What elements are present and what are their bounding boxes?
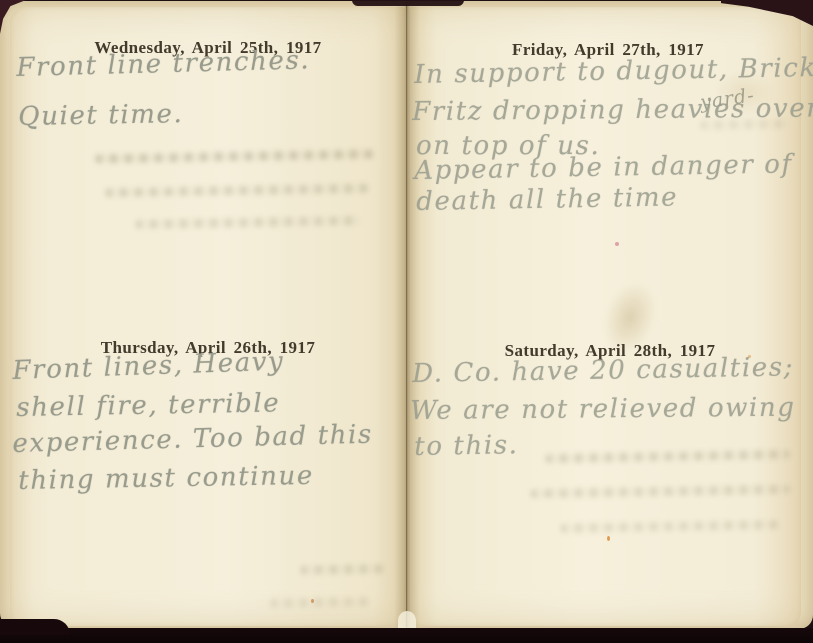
- handwriting-line: to this.: [414, 430, 519, 462]
- diary-scan: Wednesday, April 25th, 1917 Front line t…: [0, 0, 813, 643]
- ghost-writing-marks: [700, 119, 790, 130]
- stain-speck: [311, 599, 314, 603]
- handwriting-line: Quiet time.: [18, 99, 184, 132]
- handwriting-line: shell fire, terrible: [16, 388, 280, 423]
- stain-speck: [748, 355, 751, 358]
- handwriting-line: death all the time: [416, 182, 678, 217]
- cover-corner-bottom-left: [0, 619, 70, 635]
- handwriting-line: We are not relieved owing: [410, 393, 796, 426]
- cover-edge-top-center: [352, 0, 464, 6]
- ghost-writing-marks: [270, 597, 370, 608]
- cover-edge-bottom: [0, 628, 813, 643]
- stain-speck: [615, 242, 619, 246]
- ghost-writing-marks: [300, 564, 385, 574]
- handwriting-line: thing must continue: [18, 461, 314, 496]
- stain-smudge: [715, 70, 775, 115]
- left-page: [10, 7, 405, 626]
- gutter-crease: [406, 3, 407, 627]
- stain-speck: [607, 536, 610, 541]
